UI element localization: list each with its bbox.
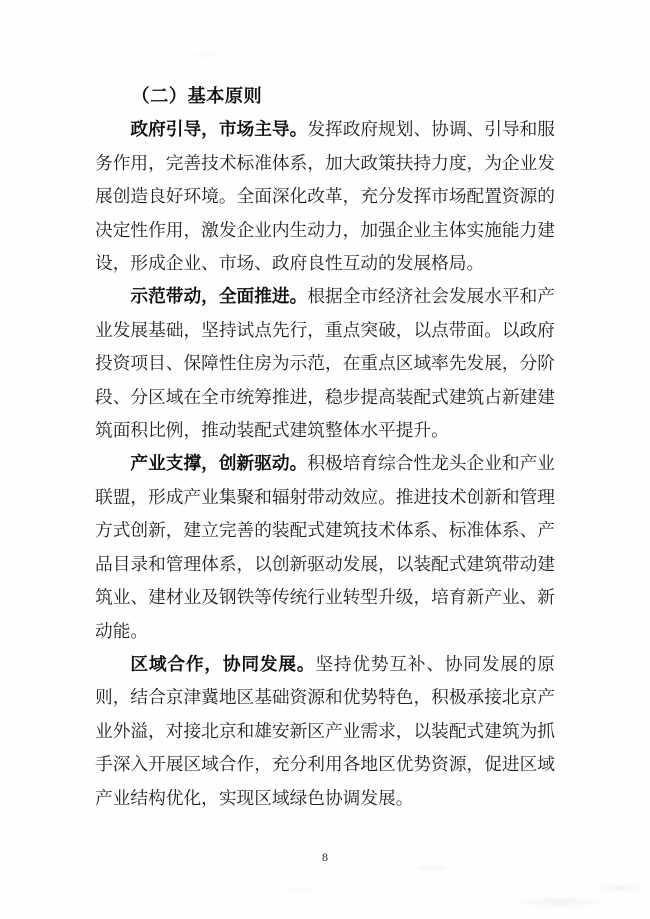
paragraph-body: 发挥政府规划、协调、引导和服务作用，完善技术标准体系，加大政策扶持力度，为企业发… [95,119,555,273]
page-number: 8 [95,849,555,865]
document-page: （二）基本原则 政府引导，市场主导。发挥政府规划、协调、引导和服务作用，完善技术… [0,0,650,919]
paragraph-lead: 产业支撑，创新驱动。 [130,453,307,473]
paragraph-body: 积极培育综合性龙头企业和产业联盟，形成产业集聚和辐射带动效应。推进技术创新和管理… [95,453,555,640]
section-heading: （二）基本原则 [95,80,555,113]
paragraph-body: 根据全市经济社会发展水平和产业发展基础，坚持试点先行，重点突破，以点带面。以政府… [95,286,555,440]
paragraph-lead: 示范带动，全面推进。 [130,286,307,306]
paragraph-lead: 政府引导，市场主导。 [130,119,307,139]
document-content: （二）基本原则 政府引导，市场主导。发挥政府规划、协调、引导和服务作用，完善技术… [0,0,650,865]
paragraph: 政府引导，市场主导。发挥政府规划、协调、引导和服务作用，完善技术标准体系，加大政… [95,113,555,280]
paragraph: 示范带动，全面推进。根据全市经济社会发展水平和产业发展基础，坚持试点先行，重点突… [95,280,555,447]
paragraph: 区域合作，协同发展。坚持优势互补、协同发展的原则，结合京津冀地区基础资源和优势特… [95,648,555,815]
paragraph-lead: 区域合作，协同发展。 [130,654,315,674]
paragraph-body: 坚持优势互补、协同发展的原则，结合京津冀地区基础资源和优势特色，积极承接北京产业… [95,654,555,808]
paragraph: 产业支撑，创新驱动。积极培育综合性龙头企业和产业联盟，形成产业集聚和辐射带动效应… [95,447,555,647]
